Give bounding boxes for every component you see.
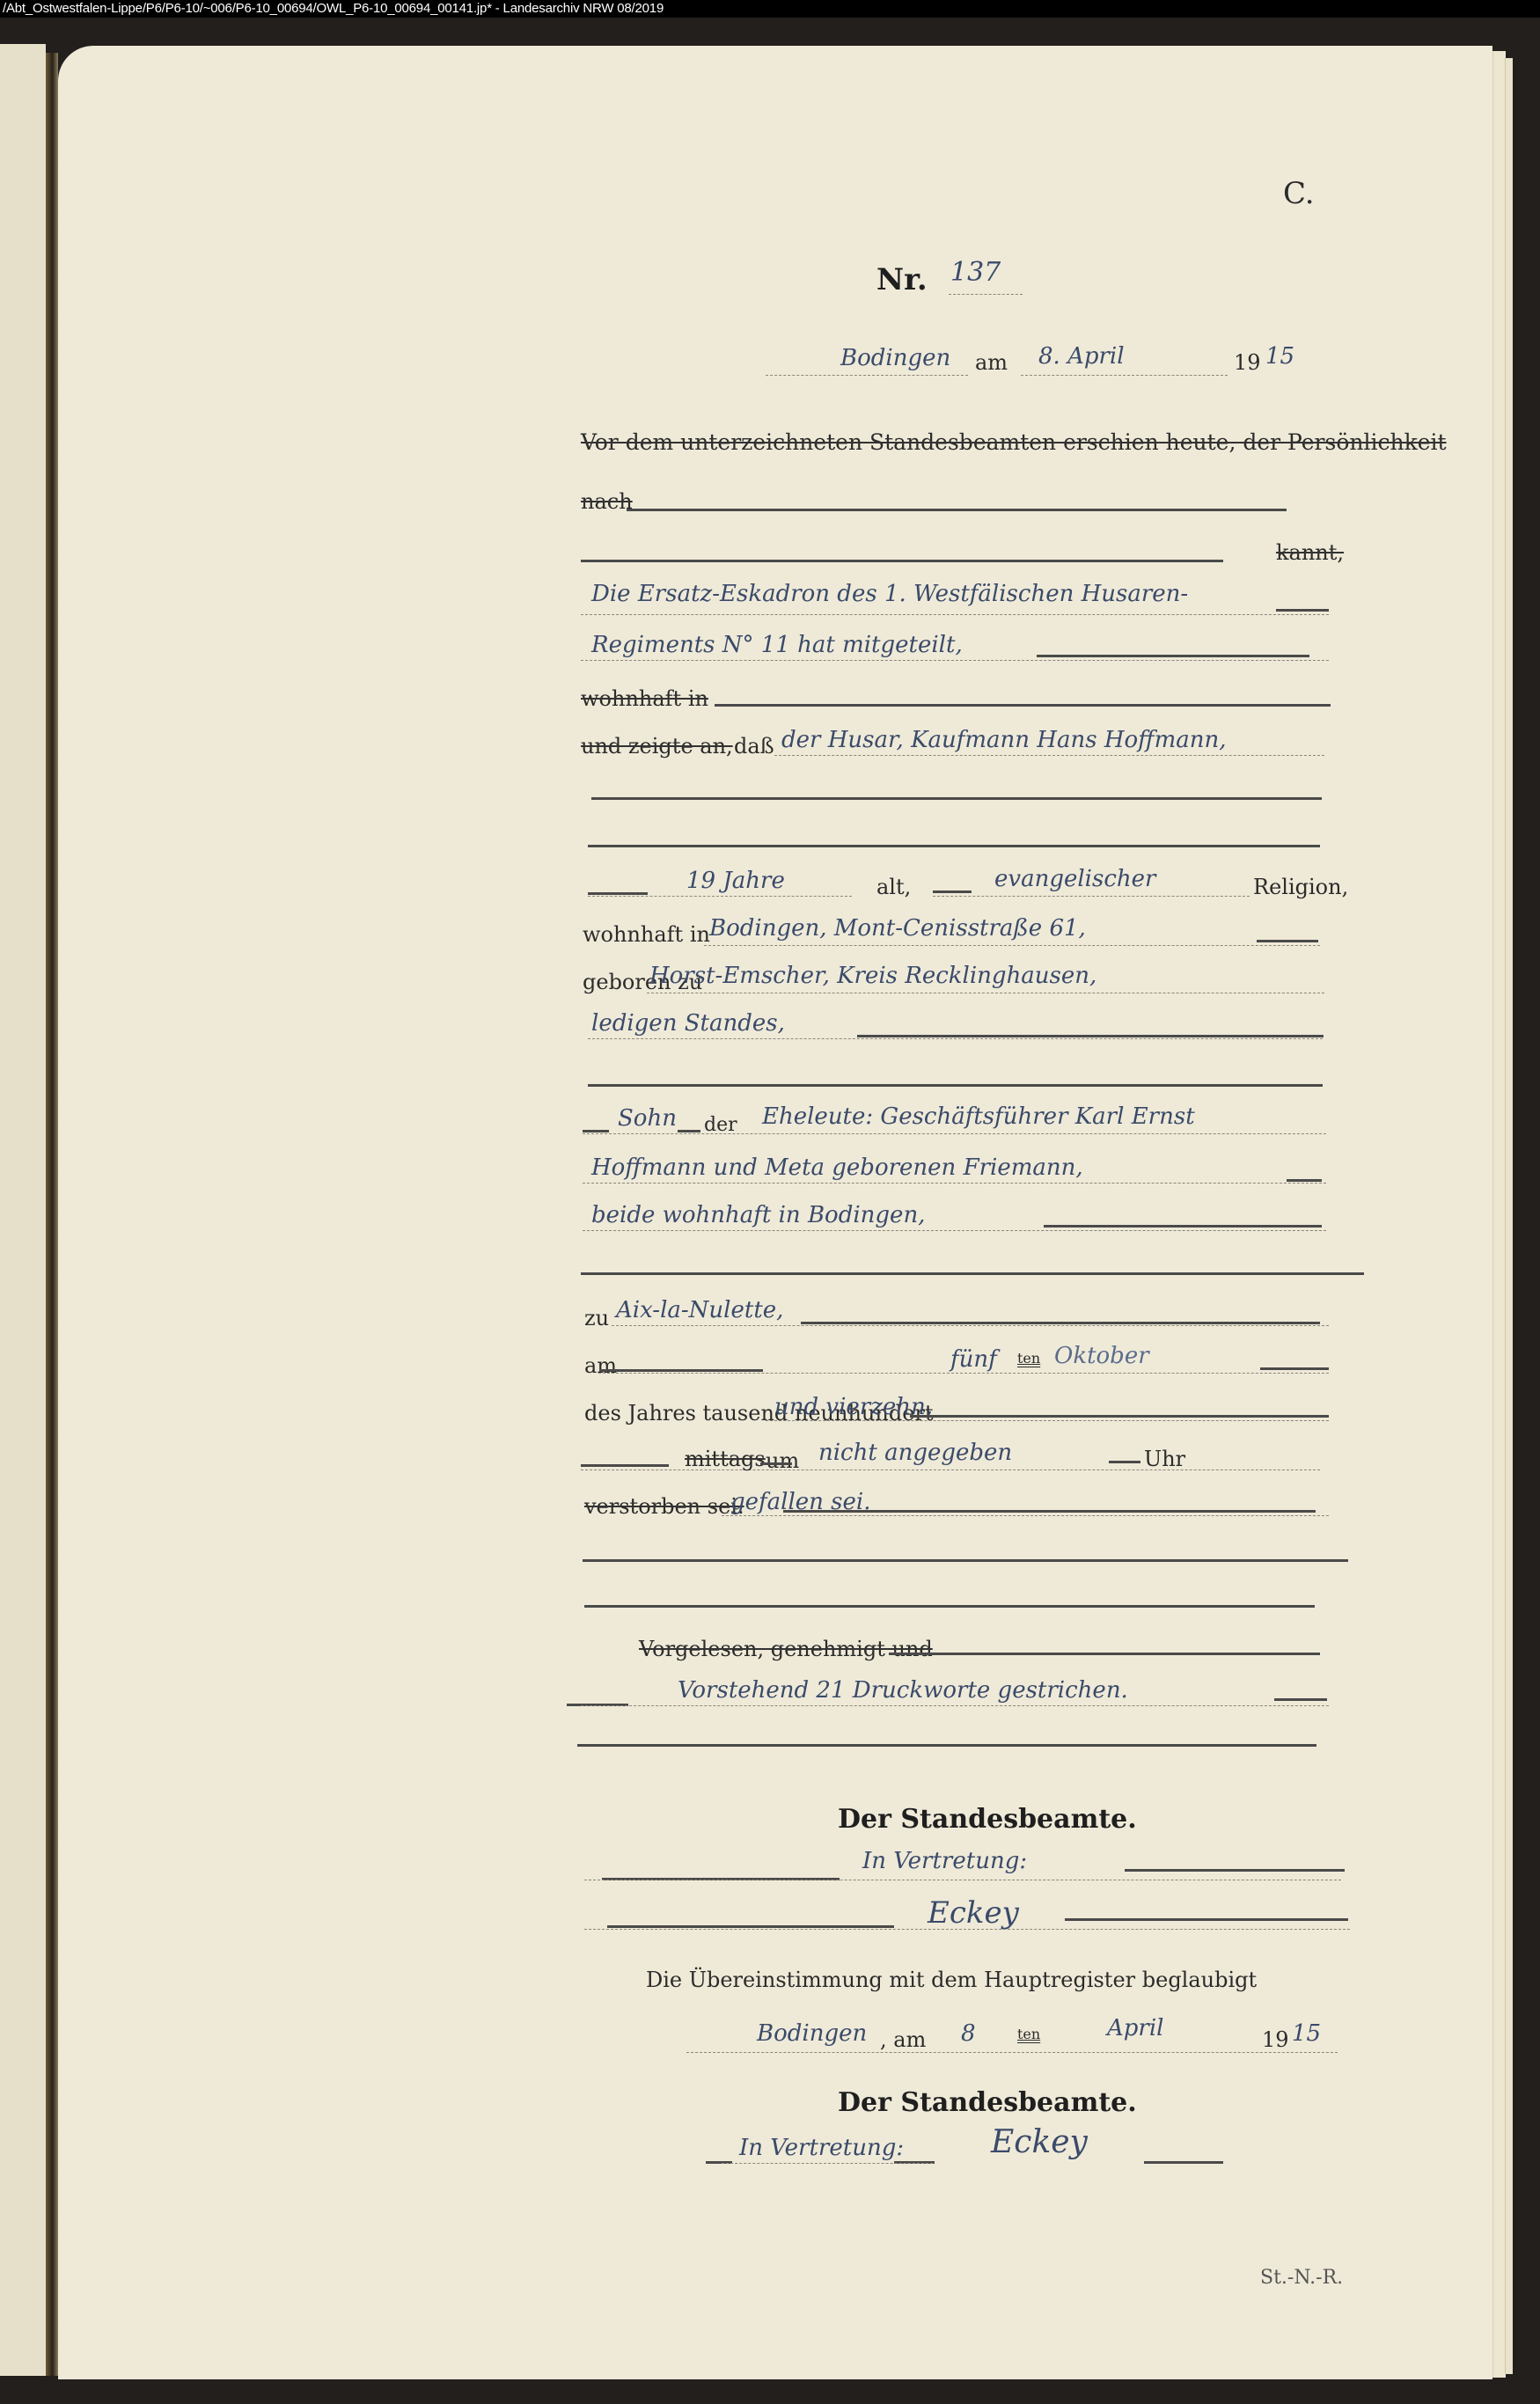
death-day: fünf [950,1346,997,1373]
fill-rule [607,1925,894,1928]
fill-rule [583,1559,1348,1562]
informant-line-1: Die Ersatz-Eskadron des 1. Westfälischen… [591,581,1188,607]
fill-rule [1260,1367,1329,1370]
fill-line [612,1325,1329,1326]
struck-verstorben: verstorben sei. [584,1494,744,1519]
uhr-label: Uhr [1144,1447,1185,1471]
form-code: St.-N.-R. [1260,2267,1343,2289]
registration-year: 15 [1265,343,1294,370]
registrar-heading-2: Der Standesbeamte. [838,2087,1137,2118]
birthplace-value: Horst-Emscher, Kreis Recklinghausen, [649,963,1096,989]
fill-line [949,294,1023,295]
religion-label: Religion, [1253,875,1348,899]
fill-rule [1274,1698,1327,1701]
fill-rule [581,560,1223,562]
fill-rule [591,797,1322,800]
certification-place: Bodingen [757,2020,867,2047]
fill-rule [678,1130,700,1132]
fill-rule [588,1084,1323,1087]
death-month: Oktober [1054,1343,1149,1369]
fill-line [581,614,1329,615]
registration-day-month: 8. April [1038,343,1125,370]
fill-rule [1144,2161,1223,2164]
fill-line [766,375,968,376]
fill-line [1021,375,1228,376]
struck-wohnhaft: wohnhaft in [581,686,708,711]
struck-zeigte-an: und zeigte an, [581,734,733,759]
fill-line [583,1183,1326,1184]
registrar-heading: Der Standesbeamte. [838,1804,1137,1835]
death-place-value: Aix-la-Nulette, [616,1297,783,1323]
death-place-label: zu [584,1306,609,1330]
fill-line [704,945,1320,946]
in-vertretung-2: In Vertretung: [739,2135,904,2161]
certification-year: 15 [1292,2020,1321,2047]
parents-line-1: Eheleute: Geschäftsführer Karl Ernst [762,1103,1195,1130]
fill-rule [783,1510,1316,1513]
am-label: am [975,350,1008,375]
fill-rule [577,1744,1316,1747]
fill-rule [588,892,648,895]
struck-preamble: Vor dem unterzeichneten Standesbeamten e… [581,429,1447,455]
fill-rule [1125,1869,1345,1872]
certification-day: 8 [961,2020,976,2047]
death-time-value: nicht angegeben [818,1440,1012,1466]
certification-am: , am [880,2027,926,2052]
fill-rule [583,1130,609,1132]
record-number-label: Nr. [876,262,928,297]
left-page-edge [0,44,46,2376]
year-prefix: 19 [1234,350,1261,375]
fill-line [933,896,1250,897]
fill-line [774,755,1324,756]
fill-rule [1044,1225,1322,1228]
struck-vorgelesen: Vorgelesen, genehmigt und [639,1637,933,1661]
fill-rule [1109,1461,1140,1463]
record-number-value: 137 [950,257,1001,288]
fill-rule [715,704,1331,707]
struck-mittags: mittags [685,1447,766,1471]
fill-rule [584,1605,1315,1608]
residence-value: Bodingen, Mont-Cenisstraße 61, [709,915,1086,942]
fill-line [722,1515,1329,1516]
parents-line-2: Hoffmann und Meta geborenen Friemann, [591,1154,1083,1181]
fill-line [588,896,852,897]
fill-line [584,1929,1350,1930]
certification-ten: ten [1017,2026,1040,2042]
marital-status: ledigen Standes, [591,1010,785,1037]
fill-line [766,1420,1329,1421]
certification-text: Die Übereinstimmung mit dem Hauptregiste… [646,1968,1257,1992]
fill-rule [889,1653,1320,1655]
fill-line [581,1705,1329,1706]
struck-kannt: kannt, [1276,540,1344,565]
deceased-name: der Husar, Kaufmann Hans Hoffmann, [781,727,1226,753]
corner-mark: C. [1283,176,1315,211]
dass-label: daß [734,734,774,759]
fill-rule [1065,1918,1348,1921]
book-gutter [46,53,58,2376]
fill-line [581,660,1329,661]
fill-line [584,1880,1341,1880]
fill-rule [1037,655,1309,657]
window-title: /Abt_Ostwestfalen-Lippe/P6/P6-10/~006/P6… [0,0,1540,18]
fill-line [598,1373,1329,1374]
fill-line [588,1038,1323,1039]
registration-place: Bodingen [840,345,950,371]
fill-line [583,1133,1326,1134]
fill-line [583,1230,1326,1231]
fill-rule [1287,1179,1322,1182]
sohn-value: Sohn [618,1105,677,1132]
informant-line-2: Regiments N° 11 hat mitgeteilt, [591,632,963,658]
page-edge [1492,51,1506,2378]
death-am-label: am [584,1353,617,1378]
registrar-signature: Eckey [928,1895,1019,1931]
fill-line [647,993,1324,993]
alt-label: alt, [876,875,911,899]
fill-line [722,2163,933,2164]
fill-rule [933,891,972,893]
fill-line [686,2052,1338,2053]
fill-rule [760,1462,792,1465]
ten-suffix: ten [1017,1350,1040,1367]
strike-note: Vorstehend 21 Druckworte gestrichen. [678,1677,1128,1704]
certification-year-prefix: 19 [1262,2027,1289,2052]
page-edge [1505,58,1513,2374]
parents-line-3: beide wohnhaft in Bodingen, [591,1202,925,1228]
residence-label: wohnhaft in [583,922,710,947]
fill-rule [1257,940,1318,942]
fill-rule [627,509,1287,511]
in-vertretung: In Vertretung: [862,1848,1027,1874]
fill-rule [910,1415,1329,1418]
fill-rule [581,1464,669,1467]
fill-rule [588,845,1320,847]
certification-month: April [1107,2015,1163,2041]
fill-rule [581,1272,1364,1275]
religion-value: evangelischer [994,866,1155,892]
fill-rule [801,1322,1320,1324]
struck-nach: nach [581,489,633,514]
age-value: 19 Jahre [686,868,785,894]
fill-rule [1276,609,1329,612]
fill-rule [857,1035,1324,1037]
registrar-signature-2: Eckey [991,2124,1088,2160]
fill-rule [600,1369,763,1372]
um-label: um [766,1448,799,1473]
